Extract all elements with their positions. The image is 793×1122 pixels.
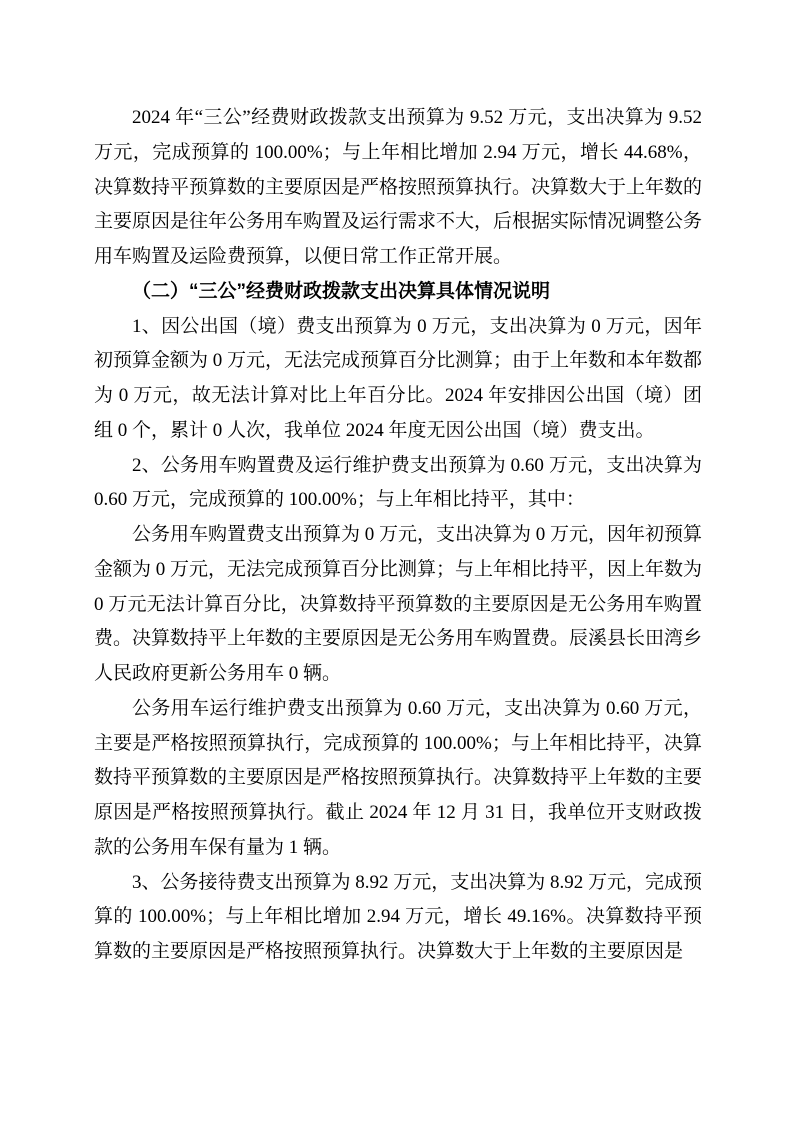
section-heading-sangong-detail: （二）“三公”经费财政拨款支出决算具体情况说明 [94, 275, 702, 310]
paragraph-abroad-expense: 1、因公出国（境）费支出预算为 0 万元，支出决算为 0 万元，因年初预算金额为… [94, 310, 702, 449]
paragraph-vehicle-maintenance-expense: 公务用车运行维护费支出预算为 0.60 万元，支出决算为 0.60 万元，主要是… [94, 692, 702, 866]
paragraph-vehicle-purchase-expense: 公务用车购置费支出预算为 0 万元，支出决算为 0 万元，因年初预算金额为 0 … [94, 518, 702, 692]
paragraph-sangong-overview: 2024 年“三公”经费财政拨款支出预算为 9.52 万元，支出决算为 9.52… [94, 101, 702, 275]
paragraph-official-reception-expense: 3、公务接待费支出预算为 8.92 万元，支出决算为 8.92 万元，完成预算的… [94, 866, 702, 970]
paragraph-vehicle-total-expense: 2、公务用车购置费及运行维护费支出预算为 0.60 万元，支出决算为 0.60 … [94, 449, 702, 519]
document-content: 2024 年“三公”经费财政拨款支出预算为 9.52 万元，支出决算为 9.52… [94, 101, 702, 970]
document-page: 2024 年“三公”经费财政拨款支出预算为 9.52 万元，支出决算为 9.52… [0, 0, 793, 1122]
